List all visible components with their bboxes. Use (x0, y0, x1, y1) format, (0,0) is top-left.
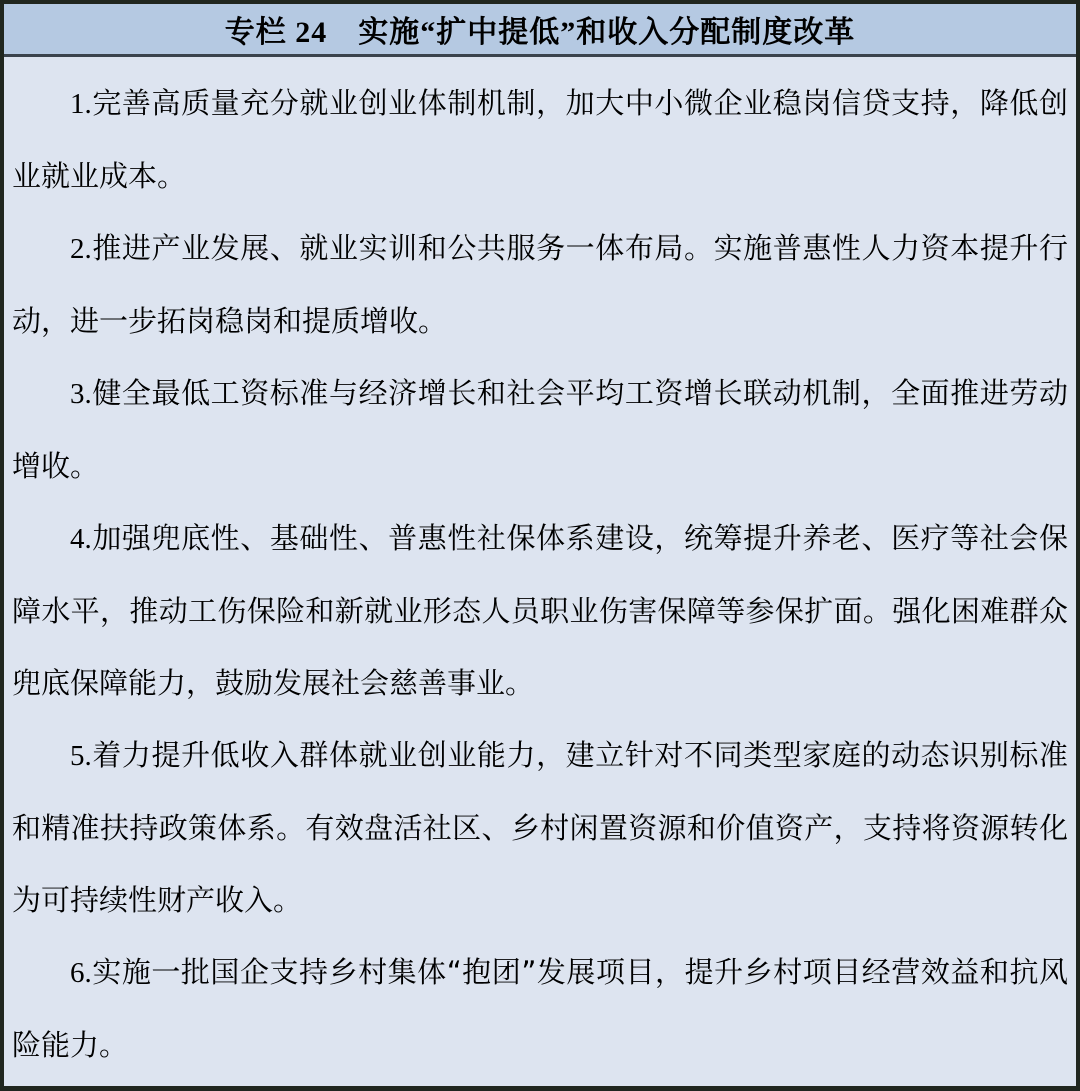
paragraph-4-number: 4. (70, 523, 92, 555)
paragraph-6: 6.实施一批国企支持乡村集体“抱团”发展项目，提升乡村项目经营效益和抗风险能力。 (12, 936, 1068, 1081)
paragraph-4-text: 加强兜底性、基础性、普惠性社保体系建设，统筹提升养老、医疗等社会保障水平，推动工… (12, 521, 1068, 700)
column-header: 专栏 24 实施“扩中提低”和收入分配制度改革 (4, 4, 1076, 57)
paragraph-6-text: 实施一批国企支持乡村集体“抱团”发展项目，提升乡村项目经营效益和抗风险能力。 (12, 955, 1068, 1062)
paragraph-3: 3.健全最低工资标准与经济增长和社会平均工资增长联动机制，全面推进劳动增收。 (12, 357, 1068, 502)
paragraph-2: 2.推进产业发展、就业实训和公共服务一体布局。实施普惠性人力资本提升行动，进一步… (12, 212, 1068, 357)
paragraph-5-text: 着力提升低收入群体就业创业能力，建立针对不同类型家庭的动态识别标准和精准扶持政策… (12, 738, 1068, 917)
paragraph-1-number: 1. (70, 88, 92, 120)
paragraph-1-text: 完善高质量充分就业创业体制机制，加大中小微企业稳岗信贷支持，降低创业就业成本。 (12, 86, 1068, 193)
policy-column-box: 专栏 24 实施“扩中提低”和收入分配制度改革 1.完善高质量充分就业创业体制机… (0, 0, 1080, 1091)
paragraph-2-text: 推进产业发展、就业实训和公共服务一体布局。实施普惠性人力资本提升行动，进一步拓岗… (12, 231, 1068, 338)
paragraph-3-number: 3. (70, 378, 92, 410)
paragraph-2-number: 2. (70, 233, 92, 265)
paragraph-5-number: 5. (70, 740, 92, 772)
paragraph-5: 5.着力提升低收入群体就业创业能力，建立针对不同类型家庭的动态识别标准和精准扶持… (12, 719, 1068, 936)
column-title: 专栏 24 实施“扩中提低”和收入分配制度改革 (225, 7, 856, 51)
paragraph-6-number: 6. (70, 957, 92, 989)
paragraph-3-text: 健全最低工资标准与经济增长和社会平均工资增长联动机制，全面推进劳动增收。 (12, 376, 1068, 483)
paragraph-1: 1.完善高质量充分就业创业体制机制，加大中小微企业稳岗信贷支持，降低创业就业成本… (12, 67, 1068, 212)
column-body: 1.完善高质量充分就业创业体制机制，加大中小微企业稳岗信贷支持，降低创业就业成本… (4, 57, 1076, 1081)
paragraph-4: 4.加强兜底性、基础性、普惠性社保体系建设，统筹提升养老、医疗等社会保障水平，推… (12, 502, 1068, 719)
